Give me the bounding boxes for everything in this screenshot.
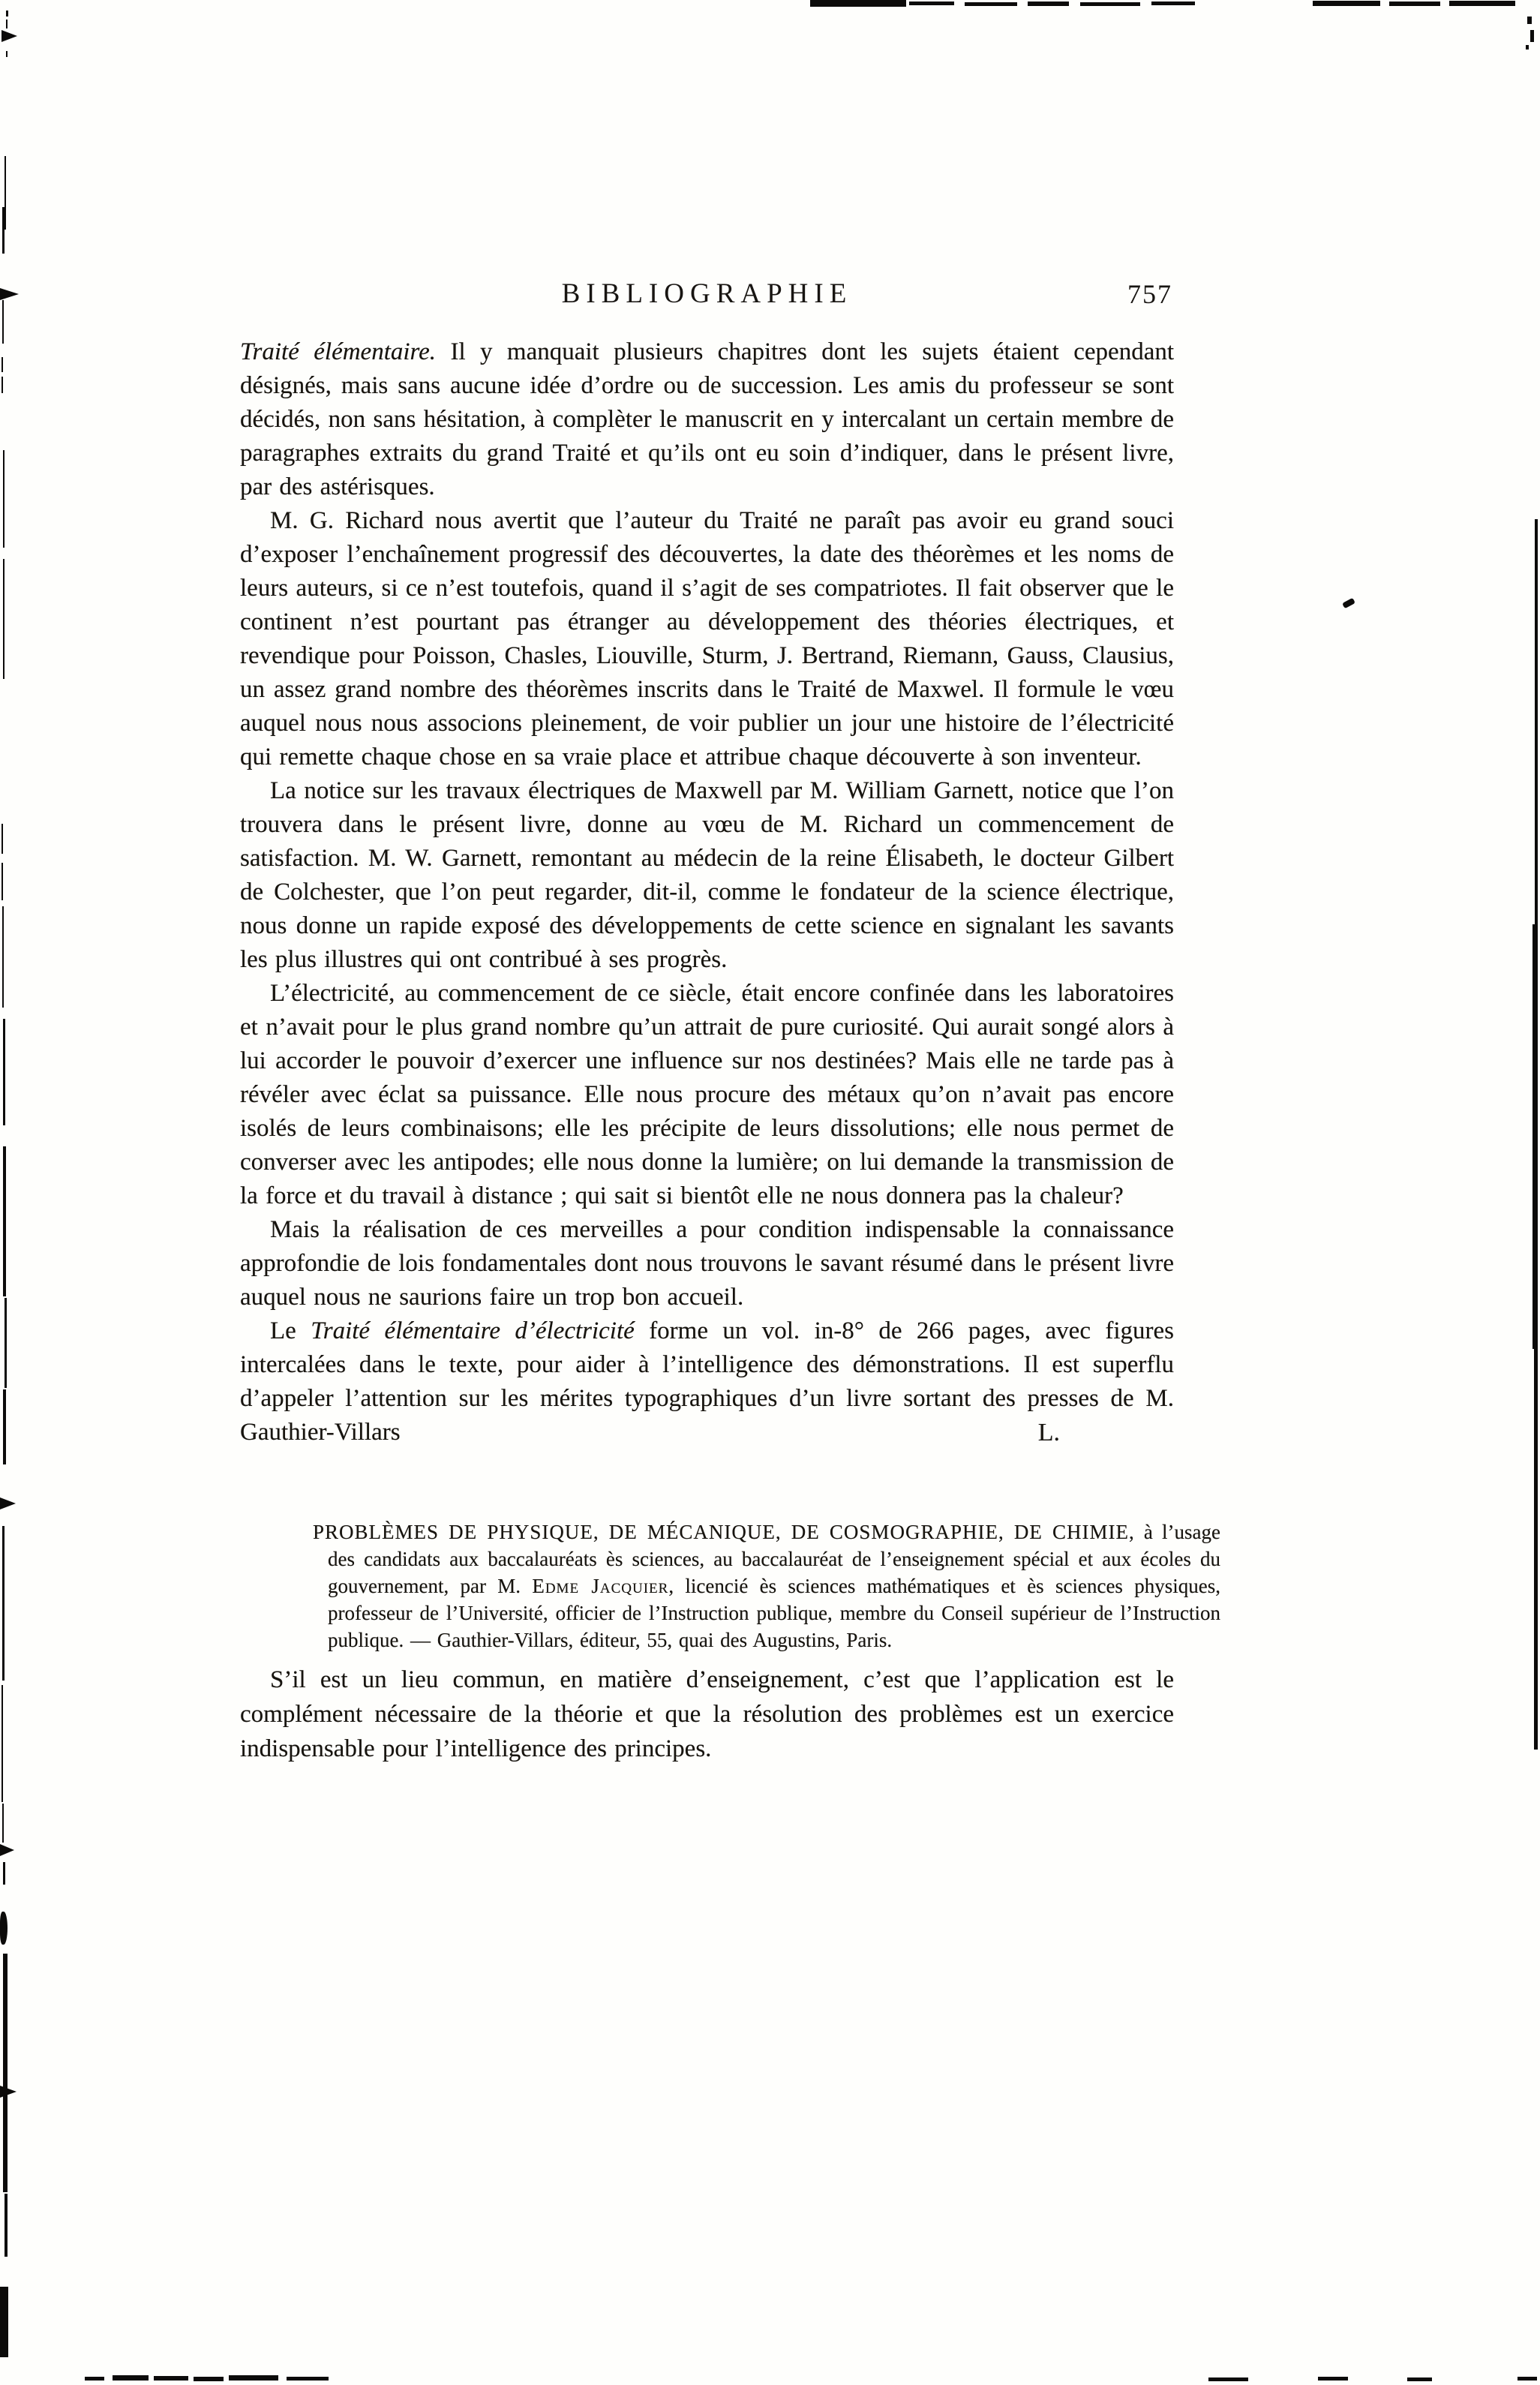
scan-edge-top-dash xyxy=(1080,2,1140,6)
bibliography-entry-heading: PROBLÈMES DE PHYSIQUE, DE MÉCANIQUE, DE … xyxy=(240,1518,1220,1654)
scanned-book-page: BIBLIOGRAPHIE 757 Traité élémentaire. Il… xyxy=(0,0,1540,2385)
entry-title-caps: PROBLÈMES DE PHYSIQUE, DE MÉCANIQUE, DE … xyxy=(313,1521,1135,1543)
scan-edge-top-dash xyxy=(1449,1,1515,6)
running-head: BIBLIOGRAPHIE 757 xyxy=(240,279,1174,311)
scan-edge-left xyxy=(3,450,5,548)
scan-edge-left xyxy=(2,300,4,344)
scan-blob xyxy=(0,1912,8,1945)
scan-edge-left xyxy=(5,156,6,230)
scan-edge-left xyxy=(2,824,3,854)
scan-mark xyxy=(6,51,8,57)
scan-edge-left xyxy=(5,1298,7,1388)
paragraph: S’il est un lieu commun, en matière d’en… xyxy=(240,1663,1174,1766)
scan-edge-bottom-dash xyxy=(85,2377,104,2380)
scan-edge-bottom-dash xyxy=(1208,2377,1248,2381)
scan-edge-left xyxy=(5,2194,8,2257)
scan-speck xyxy=(1527,17,1532,24)
scan-edge-left xyxy=(2,357,3,372)
scan-corner-bar xyxy=(0,2287,8,2357)
paragraph: Mais la réalisation de ces merveilles a … xyxy=(240,1213,1174,1314)
scan-edge-bottom-dash xyxy=(194,2377,224,2381)
scan-edge-left xyxy=(3,1146,6,1296)
scan-edge-right xyxy=(1535,519,1538,924)
scan-edge-bottom-dash xyxy=(113,2375,149,2380)
scan-edge-left xyxy=(2,1526,5,1681)
scan-mark-arrow xyxy=(2,30,17,42)
paragraph: La notice sur les travaux électriques de… xyxy=(240,774,1174,977)
scan-edge-left xyxy=(2,377,3,393)
scan-edge-right xyxy=(1534,1349,1538,1750)
book-title-italic: Traité élémentaire. xyxy=(240,338,436,365)
scan-edge-bottom-dash xyxy=(287,2377,329,2380)
paragraph-text: Le xyxy=(270,1317,311,1344)
scan-edge-bottom-dash xyxy=(154,2376,188,2380)
scan-edge-bottom-dash xyxy=(229,2375,278,2380)
scan-edge-left xyxy=(2,207,5,254)
scan-edge-left xyxy=(3,1389,6,1464)
scan-edge-top-dash xyxy=(1313,1,1380,6)
scan-mark-arrow xyxy=(0,2086,17,2098)
scan-edge-top xyxy=(810,0,906,7)
scan-edge-left xyxy=(2,1804,4,1843)
paragraph: Traité élémentaire. Il y manquait plusie… xyxy=(240,335,1174,504)
text-block: BIBLIOGRAPHIE 757 Traité élémentaire. Il… xyxy=(240,279,1174,1766)
scan-edge-left xyxy=(3,1954,8,2192)
scan-edge-left xyxy=(2,906,4,1008)
scan-edge-bottom-dash xyxy=(1407,2377,1432,2381)
scan-edge-bottom-dash xyxy=(1517,2377,1537,2380)
scan-speck xyxy=(1530,30,1534,42)
paragraph: L’électricité, au commencement de ce siè… xyxy=(240,977,1174,1213)
scan-mark-arrow xyxy=(0,288,19,300)
scan-edge-right xyxy=(1532,924,1538,1349)
scan-speck xyxy=(1526,45,1529,50)
scan-mark-arrow xyxy=(0,1844,14,1856)
scan-edge-top-dash xyxy=(1151,2,1195,5)
scan-mark-arrow xyxy=(0,1497,16,1509)
scan-edge-left xyxy=(2,1685,3,1802)
scan-edge-left xyxy=(2,863,3,900)
page-number: 757 xyxy=(1127,279,1172,309)
entry-author-smallcaps: Edme Jacquier xyxy=(532,1575,668,1597)
scan-mark xyxy=(6,20,8,29)
paragraph: M. G. Richard nous avertit que l’auteur … xyxy=(240,504,1174,774)
scan-edge-left xyxy=(3,559,5,679)
scan-edge-top-dash xyxy=(1028,2,1069,6)
paragraph: Le Traité élémentaire d’électricité form… xyxy=(240,1314,1174,1449)
book-title-italic: Traité élémentaire d’électricité xyxy=(311,1317,635,1344)
scan-speck xyxy=(1342,598,1355,609)
scan-edge-top-dash xyxy=(965,2,1017,6)
reviewer-signature: L. xyxy=(1038,1416,1060,1449)
scan-mark xyxy=(6,11,8,17)
scan-edge-top-dash xyxy=(1389,2,1440,6)
scan-edge-left xyxy=(3,1862,5,1885)
scan-edge-top-dash xyxy=(909,2,954,5)
review-body: Traité élémentaire. Il y manquait plusie… xyxy=(240,335,1174,1766)
page-title: BIBLIOGRAPHIE xyxy=(240,279,1174,309)
scan-edge-left xyxy=(3,1019,5,1125)
scan-edge-bottom-dash xyxy=(1318,2377,1348,2380)
